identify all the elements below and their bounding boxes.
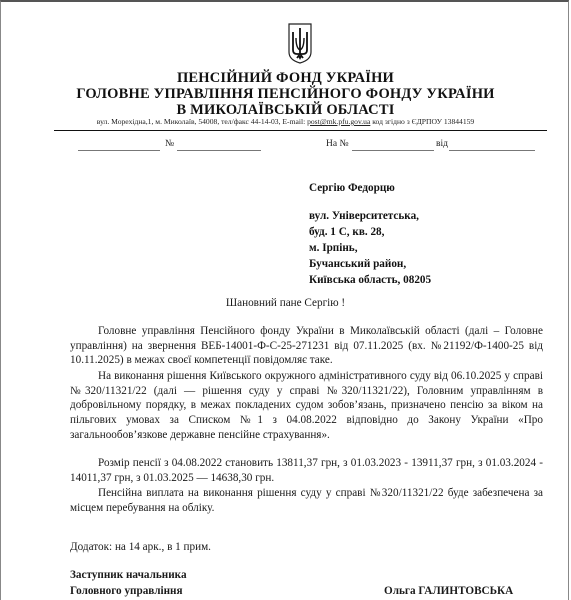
header-divider [54, 130, 547, 131]
body-paragraph: Розмір пенсії з 04.08.2022 становить 138… [70, 456, 543, 485]
reply-date-blank [449, 150, 535, 151]
recipient-city: м. Ірпінь, [309, 242, 358, 254]
email-link[interactable]: post@mk.pfu.gov.ua [307, 117, 370, 126]
recipient-region: Київська область, 08205 [309, 274, 431, 286]
org-title-line2: ГОЛОВНЕ УПРАВЛІННЯ ПЕНСІЙНОГО ФОНДУ УКРА… [0, 86, 571, 103]
body-paragraph: Головне управління Пенсійного фонду Укра… [70, 324, 543, 368]
address-text: вул. Морехідна,1, м. Миколаїв, 54008, те… [97, 117, 307, 126]
body-paragraph: На виконання рішення Київського окружног… [70, 369, 543, 443]
reply-number-blank [352, 150, 434, 151]
recipient-street: вул. Університетська, [309, 210, 419, 222]
attachment-note: Додаток: на 14 арк., в 1 прим. [70, 541, 211, 553]
greeting: Шановний пане Сергію ! [0, 297, 571, 309]
outgoing-number-label: № [165, 139, 174, 149]
recipient-district: Бучанський район, [309, 258, 406, 270]
org-address: вул. Морехідна,1, м. Миколаїв, 54008, те… [0, 117, 571, 126]
signer-position-line2: Головного управління [70, 585, 183, 597]
outgoing-date-blank [78, 150, 160, 151]
recipient-building: буд. 1 С, кв. 28, [309, 226, 384, 238]
outgoing-number-blank [177, 150, 261, 151]
reply-number-label: На № [326, 139, 349, 149]
signer-position-line1: Заступник начальника [70, 569, 187, 581]
recipient-name: Сергію Федорцю [309, 182, 395, 194]
reply-date-label: від [436, 139, 448, 149]
org-title-line1: ПЕНСІЙНИЙ ФОНД УКРАЇНИ [0, 70, 571, 87]
trident-coat-of-arms-icon [287, 22, 313, 64]
body-paragraph: Пенсійна виплата на виконання рішення су… [70, 486, 543, 515]
signer-name: Ольга ГАЛИНТОВСЬКА [384, 585, 513, 597]
edrpou-code: код згідно з ЄДРПОУ 13844159 [370, 117, 474, 126]
